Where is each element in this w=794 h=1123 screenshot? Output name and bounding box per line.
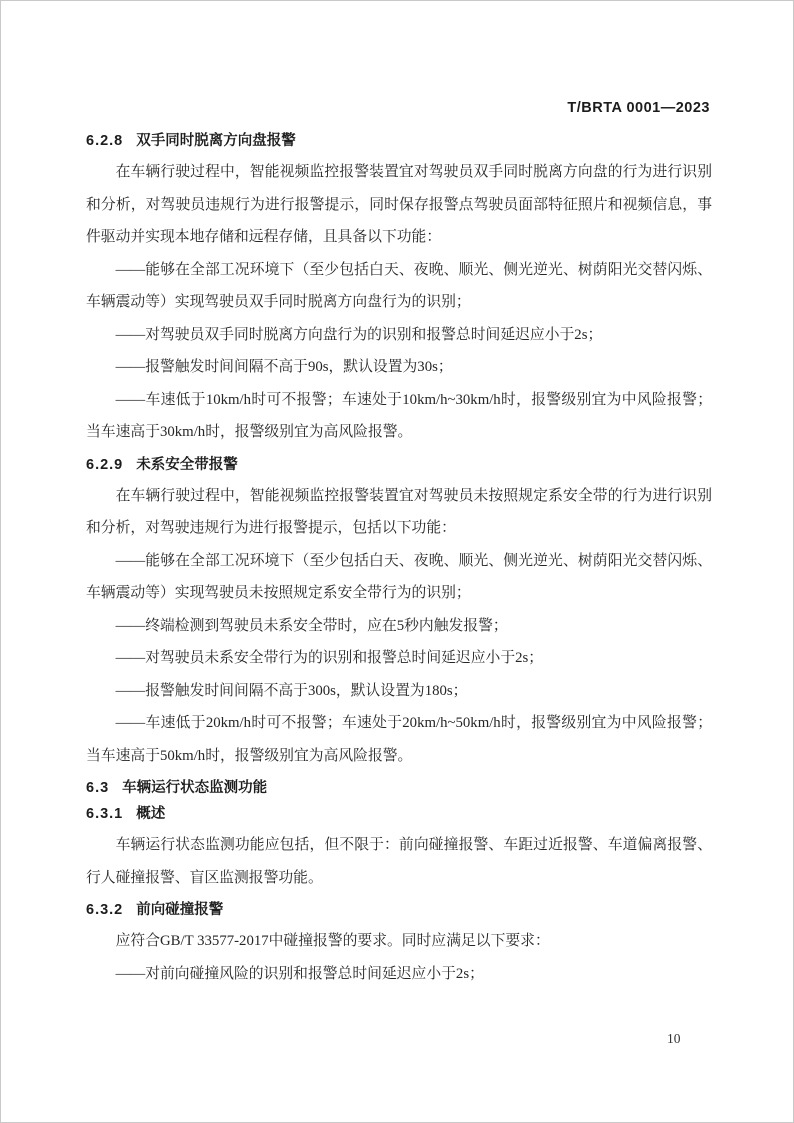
section-number: 6.3.1 xyxy=(86,804,123,824)
document-page: T/BRTA 0001—2023 6.2.8双手同时脱离方向盘报警 在车辆行驶过… xyxy=(0,0,794,1123)
section-number: 6.2.9 xyxy=(86,455,123,475)
dash-item: ——车速低于10km/h时可不报警；车速处于10km/h~30km/h时，报警级… xyxy=(86,384,712,449)
document-code-header: T/BRTA 0001—2023 xyxy=(567,100,710,116)
section-number: 6.3.2 xyxy=(86,900,123,920)
section-number: 6.2.8 xyxy=(86,131,123,151)
section-title: 概述 xyxy=(136,806,165,822)
dash-item: ——报警触发时间间隔不高于90s，默认设置为30s； xyxy=(86,351,712,384)
section-heading-6-2-9: 6.2.9未系安全带报警 xyxy=(86,455,712,475)
section-title: 双手同时脱离方向盘报警 xyxy=(136,133,296,149)
document-content: 6.2.8双手同时脱离方向盘报警 在车辆行驶过程中，智能视频监控报警装置宜对驾驶… xyxy=(86,125,712,990)
dash-item: ——对驾驶员双手同时脱离方向盘行为的识别和报警总时间延迟应小于2s； xyxy=(86,319,712,352)
section-number: 6.3 xyxy=(86,778,109,798)
paragraph: 在车辆行驶过程中，智能视频监控报警装置宜对驾驶员未按照规定系安全带的行为进行识别… xyxy=(86,480,712,545)
section-title: 车辆运行状态监测功能 xyxy=(122,780,267,796)
page-number: 10 xyxy=(667,1031,681,1047)
section-title: 未系安全带报警 xyxy=(136,457,238,473)
section-heading-6-2-8: 6.2.8双手同时脱离方向盘报警 xyxy=(86,131,712,151)
paragraph: 车辆运行状态监测功能应包括，但不限于：前向碰撞报警、车距过近报警、车道偏离报警、… xyxy=(86,829,712,894)
dash-item: ——对前向碰撞风险的识别和报警总时间延迟应小于2s； xyxy=(86,958,712,991)
dash-item: ——对驾驶员未系安全带行为的识别和报警总时间延迟应小于2s； xyxy=(86,642,712,675)
dash-item: ——能够在全部工况环境下（至少包括白天、夜晚、顺光、侧光逆光、树荫阳光交替闪烁、… xyxy=(86,254,712,319)
section-title: 前向碰撞报警 xyxy=(136,902,223,918)
section-heading-6-3-1: 6.3.1概述 xyxy=(86,804,712,824)
dash-item: ——车速低于20km/h时可不报警；车速处于20km/h~50km/h时，报警级… xyxy=(86,707,712,772)
paragraph: 在车辆行驶过程中，智能视频监控报警装置宜对驾驶员双手同时脱离方向盘的行为进行识别… xyxy=(86,156,712,254)
dash-item: ——能够在全部工况环境下（至少包括白天、夜晚、顺光、侧光逆光、树荫阳光交替闪烁、… xyxy=(86,545,712,610)
dash-item: ——终端检测到驾驶员未系安全带时，应在5秒内触发报警； xyxy=(86,610,712,643)
paragraph: 应符合GB/T 33577-2017中碰撞报警的要求。同时应满足以下要求： xyxy=(86,925,712,958)
section-heading-6-3-2: 6.3.2前向碰撞报警 xyxy=(86,900,712,920)
section-heading-6-3: 6.3车辆运行状态监测功能 xyxy=(86,778,712,798)
dash-item: ——报警触发时间间隔不高于300s，默认设置为180s； xyxy=(86,675,712,708)
